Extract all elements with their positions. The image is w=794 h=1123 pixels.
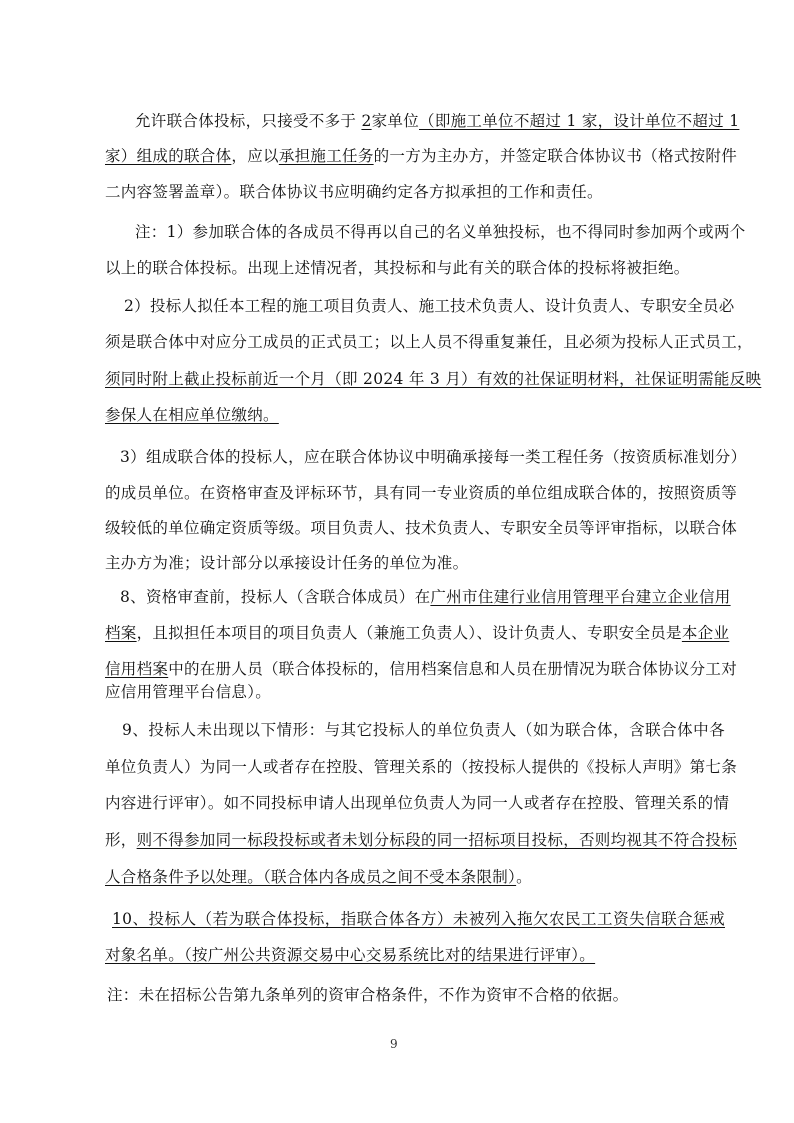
underlined-text: 2 [361, 112, 371, 130]
text-segment: 中的在册人员（联合体投标的，信用档案信息和人员在册情况为联合体协议分工对 [168, 660, 737, 678]
document-page: 允许联合体投标，只接受不多于 2家单位（即施工单位不超过 1 家，设计单位不超过… [0, 0, 794, 1123]
underlined-text: 家）组成的联合体 [105, 147, 231, 165]
text-line: 9、投标人未出现以下情形：与其它投标人的单位负责人（如为联合体，含联合体中各 [122, 720, 725, 740]
text-segment: 2）投标人拟任本工程的施工项目负责人、施工技术负责人、设计负责人、专职安全员必 [124, 297, 735, 315]
text-line: 信用档案中的在册人员（联合体投标的，信用档案信息和人员在册情况为联合体协议分工对 [105, 659, 725, 679]
underlined-text: 本企业 [682, 624, 729, 642]
text-line: 应信用管理平台信息）。 [105, 682, 725, 702]
text-segment: 3）组成联合体的投标人，应在联合体协议中明确承接每一类工程任务（按资质标准划分） [120, 448, 746, 466]
text-line: 形，则不得参加同一标段投标或者未划分标段的同一招标项目投标，否则均视其不符合投标 [105, 830, 725, 850]
underlined-text: 参保人在相应单位缴纳。 [105, 406, 279, 424]
underlined-text: 须同时附上截止投标前近一个月（即 2024 年 3 月）有效的社保证明材料，社保… [105, 370, 761, 388]
text-segment: 二内容签署盖章）。联合体协议书应明确约定各方拟承担的工作和责任。 [105, 183, 603, 201]
text-line: 人合格条件予以处理。（联合体内各成员之间不受本条限制）。 [105, 867, 725, 887]
text-line: 主办方为准；设计部分以承接设计任务的单位为准。 [105, 553, 725, 573]
text-line: 注：未在招标公告第九条单列的资审合格条件，不作为资审不合格的依据。 [107, 985, 727, 1005]
underlined-text: 承担施工任务 [279, 147, 374, 165]
underlined-text: 对象名单。（按广州公共资源交易中心交易系统比对的结果进行评审）。 [105, 946, 595, 964]
text-segment: 以上的联合体投标。出现上述情况者，其投标和与此有关的联合体的投标将被拒绝。 [105, 259, 690, 277]
underlined-text: 档案 [105, 624, 137, 642]
text-segment: 允许联合体投标，只接受不多于 [135, 112, 361, 130]
text-segment: 9、投标人未出现以下情形：与其它投标人的单位负责人（如为联合体，含联合体中各 [122, 721, 725, 739]
text-line: 须同时附上截止投标前近一个月（即 2024 年 3 月）有效的社保证明材料，社保… [105, 369, 725, 389]
text-line: 级较低的单位确定资质等级。项目负责人、技术负责人、专职安全员等评审指标，以联合体 [105, 518, 725, 538]
text-line: 对象名单。（按广州公共资源交易中心交易系统比对的结果进行评审）。 [105, 945, 725, 965]
text-line: 单位负责人）为同一人或者存在控股、管理关系的（按投标人提供的《投标人声明》第七条 [105, 757, 725, 777]
text-line: 档案，且拟担任本项目的项目负责人（兼施工负责人）、设计负责人、专职安全员是本企业 [105, 623, 725, 643]
text-segment: 级较低的单位确定资质等级。项目负责人、技术负责人、专职安全员等评审指标，以联合体 [105, 519, 737, 537]
text-line: 8、资格审查前，投标人（含联合体成员）在广州市住建行业信用管理平台建立企业信用 [120, 587, 725, 607]
text-line: 家）组成的联合体，应以承担施工任务的一方为主办方，并签定联合体协议书（格式按附件 [105, 146, 725, 166]
text-segment: 。 [516, 868, 532, 886]
text-segment: 注：1）参加联合体的各成员不得再以自己的名义单独投标，也不得同时参加两个或两个 [135, 223, 746, 241]
text-line: 须是联合体中对应分工成员的正式员工；以上人员不得重复兼任，且必须为投标人正式员工… [105, 332, 725, 352]
text-segment: 的成员单位。在资格审查及评标环节，具有同一专业资质的单位组成联合体的，按照资质等 [105, 484, 737, 502]
text-line: 注：1）参加联合体的各成员不得再以自己的名义单独投标，也不得同时参加两个或两个 [135, 222, 725, 242]
underlined-text: 10、投标人（若为联合体投标，指联合体各方）未被列入拖欠农民工工资失信联合惩戒 [112, 910, 725, 928]
text-line: 参保人在相应单位缴纳。 [105, 405, 725, 425]
underlined-text: （即施工单位不超过 1 家，设计单位不超过 1 [419, 112, 739, 130]
text-segment: 主办方为准；设计部分以承接设计任务的单位为准。 [105, 554, 468, 572]
underlined-text: 信用档案 [105, 660, 168, 678]
text-segment: 注：未在招标公告第九条单列的资审合格条件，不作为资审不合格的依据。 [107, 986, 628, 1004]
text-segment: ，应以 [231, 147, 278, 165]
text-line: 二内容签署盖章）。联合体协议书应明确约定各方拟承担的工作和责任。 [105, 182, 725, 202]
text-segment: 内容进行评审）。如不同投标申请人出现单位负责人为同一人或者存在控股、管理关系的情 [105, 794, 729, 812]
underlined-text: 则不得参加同一标段投标或者未划分标段的同一招标项目投标，否则均视其不符合投标 [137, 831, 737, 849]
text-segment: 形， [105, 831, 137, 849]
text-segment: ，且拟担任本项目的项目负责人（兼施工负责人）、设计负责人、专职安全员是 [137, 624, 682, 642]
underlined-text: 人合格条件予以处理。（联合体内各成员之间不受本条限制） [105, 868, 516, 886]
text-segment: 单位负责人）为同一人或者存在控股、管理关系的（按投标人提供的《投标人声明》第七条 [105, 758, 737, 776]
page-number: 9 [390, 1037, 398, 1051]
text-segment: 的一方为主办方，并签定联合体协议书（格式按附件 [374, 147, 737, 165]
text-line: 3）组成联合体的投标人，应在联合体协议中明确承接每一类工程任务（按资质标准划分） [120, 447, 725, 467]
text-segment: 应信用管理平台信息）。 [105, 683, 271, 701]
text-line: 2）投标人拟任本工程的施工项目负责人、施工技术负责人、设计负责人、专职安全员必 [124, 296, 725, 316]
text-segment: 须是联合体中对应分工成员的正式员工；以上人员不得重复兼任，且必须为投标人正式员工… [105, 333, 753, 351]
text-segment: 8、资格审查前，投标人（含联合体成员）在 [120, 588, 430, 606]
text-line: 的成员单位。在资格审查及评标环节，具有同一专业资质的单位组成联合体的，按照资质等 [105, 483, 725, 503]
text-line: 内容进行评审）。如不同投标申请人出现单位负责人为同一人或者存在控股、管理关系的情 [105, 793, 725, 813]
text-line: 10、投标人（若为联合体投标，指联合体各方）未被列入拖欠农民工工资失信联合惩戒 [112, 909, 725, 929]
text-line: 允许联合体投标，只接受不多于 2家单位（即施工单位不超过 1 家，设计单位不超过… [135, 111, 725, 131]
text-segment: 家单位 [372, 112, 419, 130]
text-line: 以上的联合体投标。出现上述情况者，其投标和与此有关的联合体的投标将被拒绝。 [105, 258, 725, 278]
underlined-text: 广州市住建行业信用管理平台建立企业信用 [430, 588, 730, 606]
